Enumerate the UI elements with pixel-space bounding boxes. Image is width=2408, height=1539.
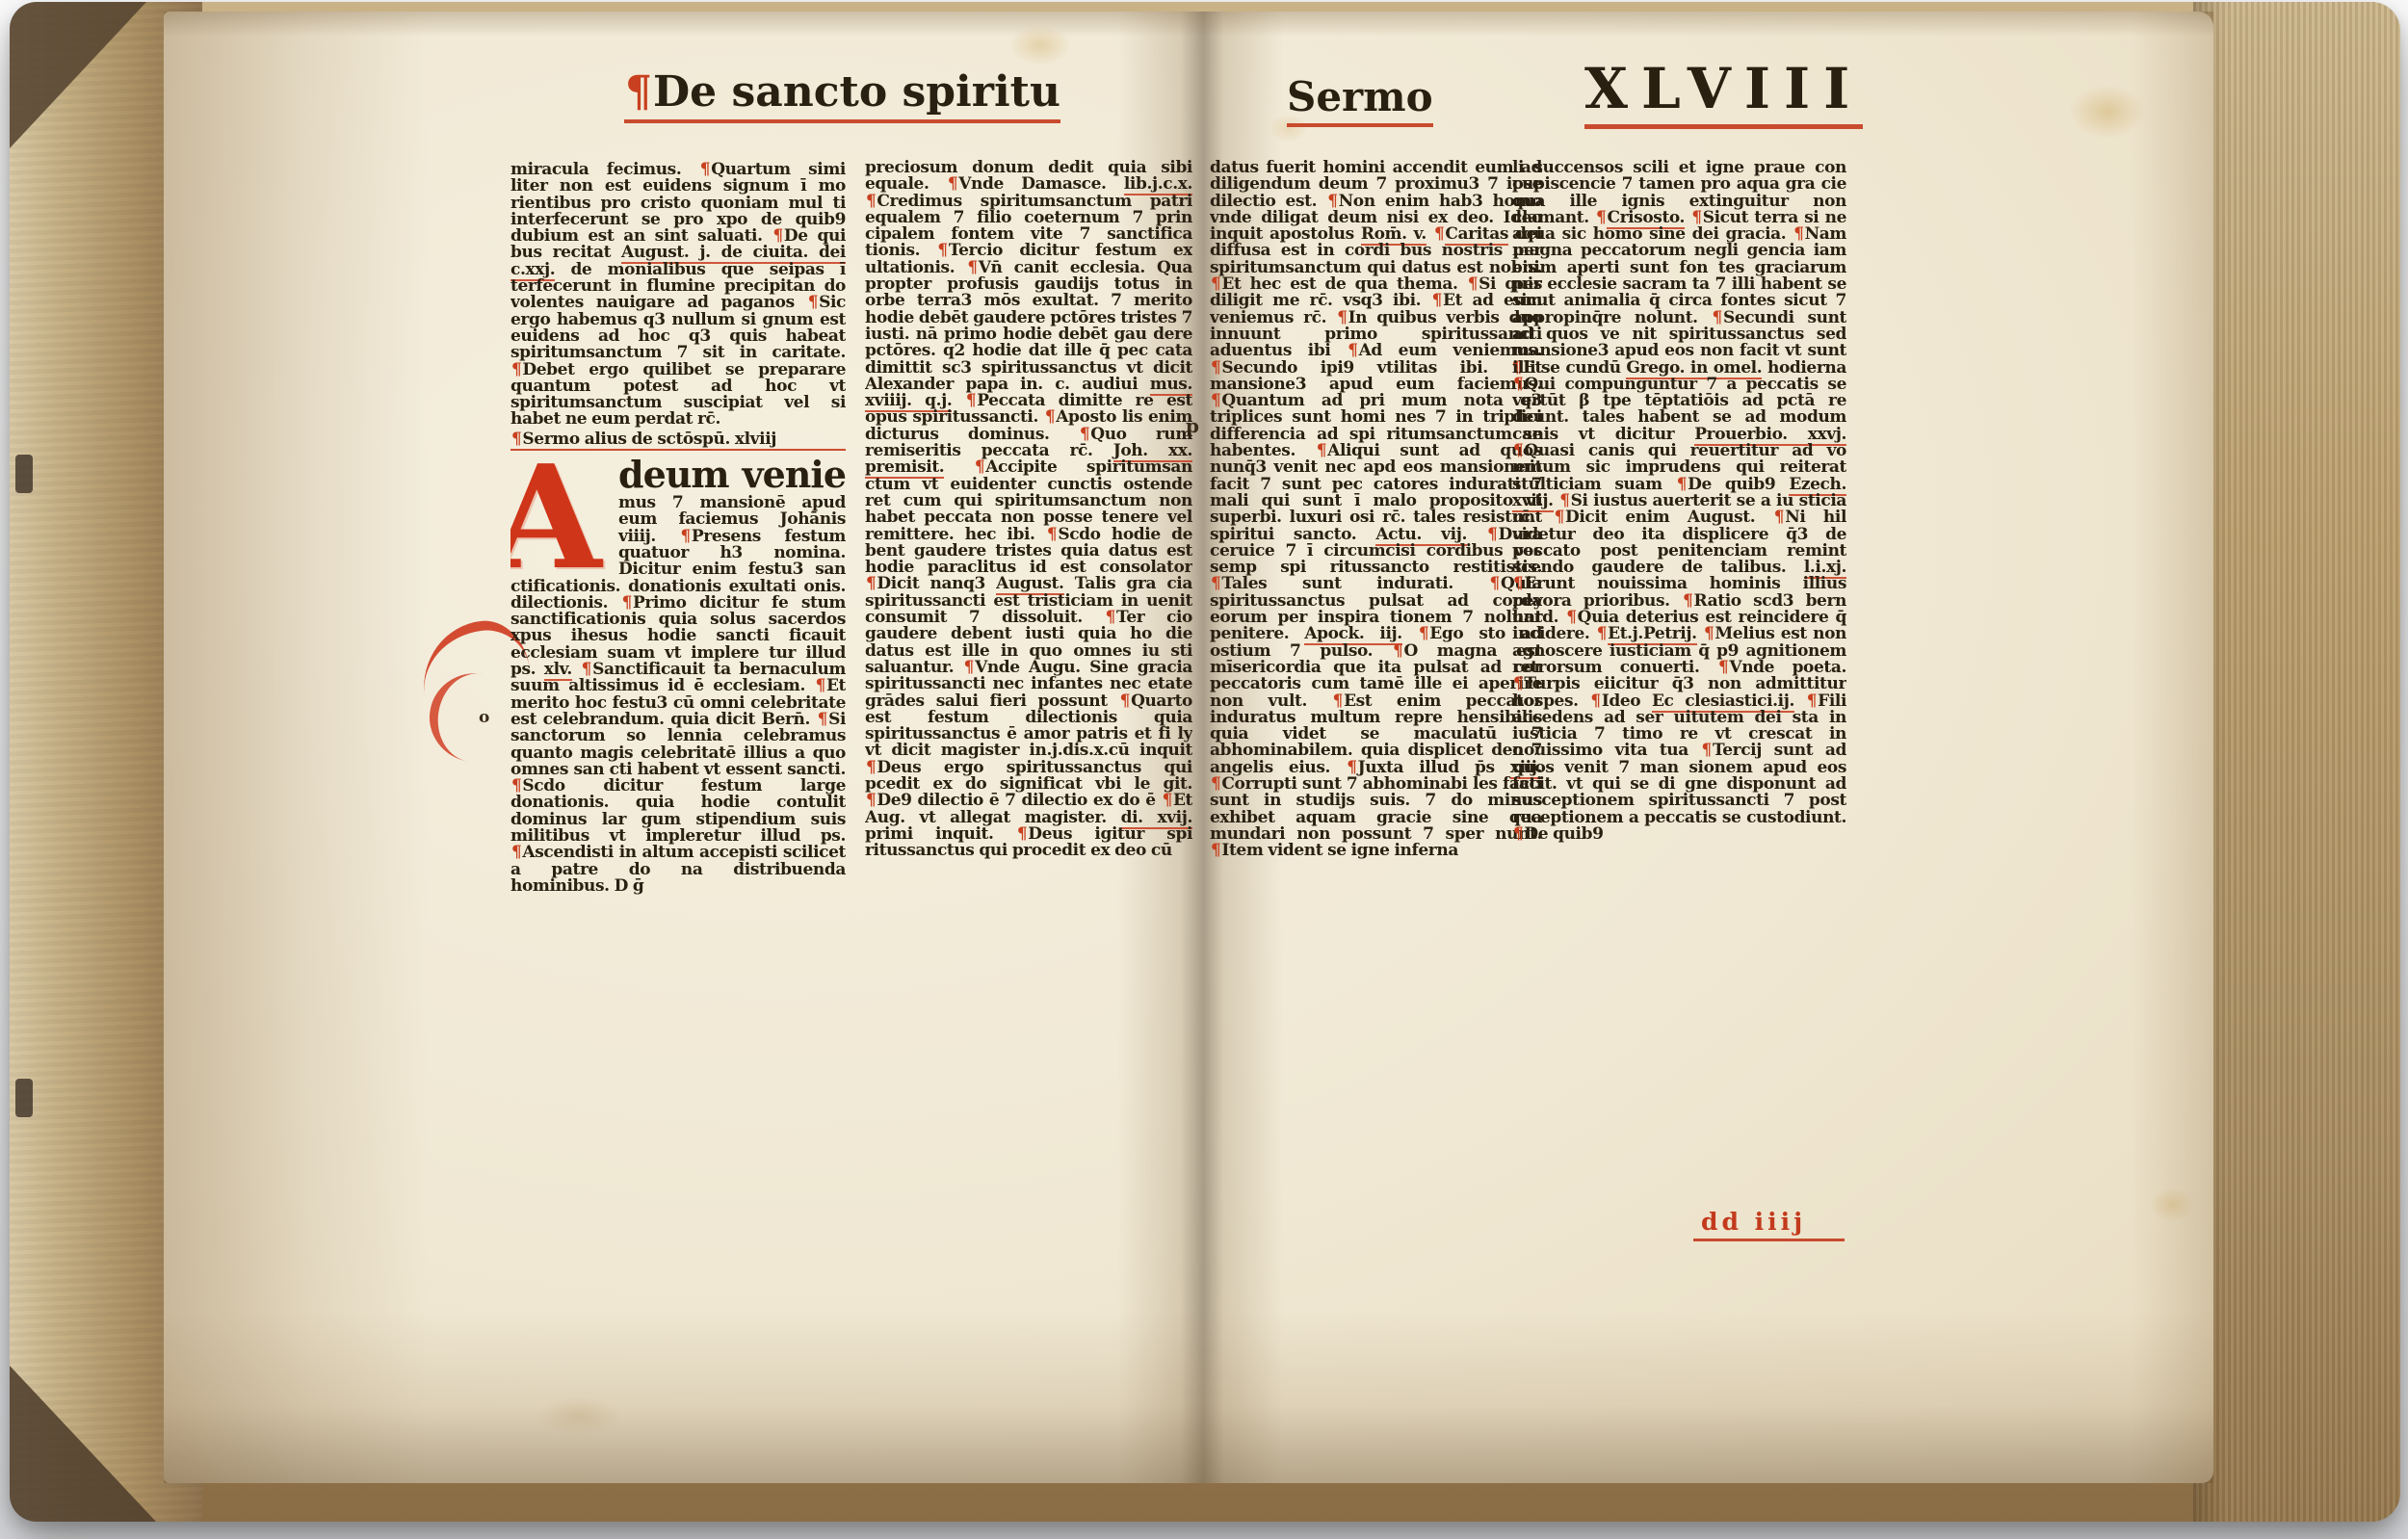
right-page-running-title: Sermo bbox=[1287, 73, 1433, 127]
margin-note-left: o bbox=[479, 708, 489, 727]
rubric-line: ¶Sermo alius de sctōspū. xlviij bbox=[510, 431, 846, 451]
folio-numeral: XLVIII bbox=[1584, 56, 1863, 129]
cover-corner-top bbox=[10, 2, 146, 148]
pilcrow-icon: ¶ bbox=[624, 67, 653, 117]
incipit-large-text: deum venie bbox=[618, 453, 846, 496]
fore-edge-page-stack bbox=[2193, 2, 2400, 1522]
text-column-3: datus fuerit homini accendit eum ad dili… bbox=[1210, 160, 1542, 1231]
incipit-block: A deum venie mus 7 mansionē apud eum fac… bbox=[510, 455, 846, 895]
text-column-2: preciosum donum dedit quia sibi equale. … bbox=[865, 160, 1192, 1231]
cover-corner-bottom bbox=[10, 1366, 156, 1522]
column-paragraph: miracula fecimus. ¶Quartum simi liter no… bbox=[510, 162, 846, 429]
quire-signature: dd iiij bbox=[1693, 1208, 1845, 1241]
left-page-running-title: ¶De sancto spiritu bbox=[624, 67, 1060, 123]
clasp-mark bbox=[15, 1079, 33, 1117]
running-title-text: Sermo bbox=[1287, 73, 1433, 120]
column-paragraph: li succensos scili et igne praue con cup… bbox=[1512, 160, 1846, 843]
drop-cap-initial: A bbox=[510, 462, 613, 572]
text-column-1: miracula fecimus. ¶Quartum simi liter no… bbox=[510, 162, 846, 1229]
photo-frame: ¶De sancto spiritu Sermo XLVIII o p mira… bbox=[0, 0, 2408, 1539]
column-paragraph: datus fuerit homini accendit eum ad dili… bbox=[1210, 160, 1542, 859]
folio-numeral-text: XLVIII bbox=[1584, 56, 1863, 121]
clasp-mark bbox=[15, 455, 33, 493]
running-title-text: De sancto spiritu bbox=[653, 67, 1060, 117]
text-column-4: li succensos scili et igne praue con cup… bbox=[1512, 160, 1846, 1231]
column-paragraph: preciosum donum dedit quia sibi equale. … bbox=[865, 160, 1192, 859]
